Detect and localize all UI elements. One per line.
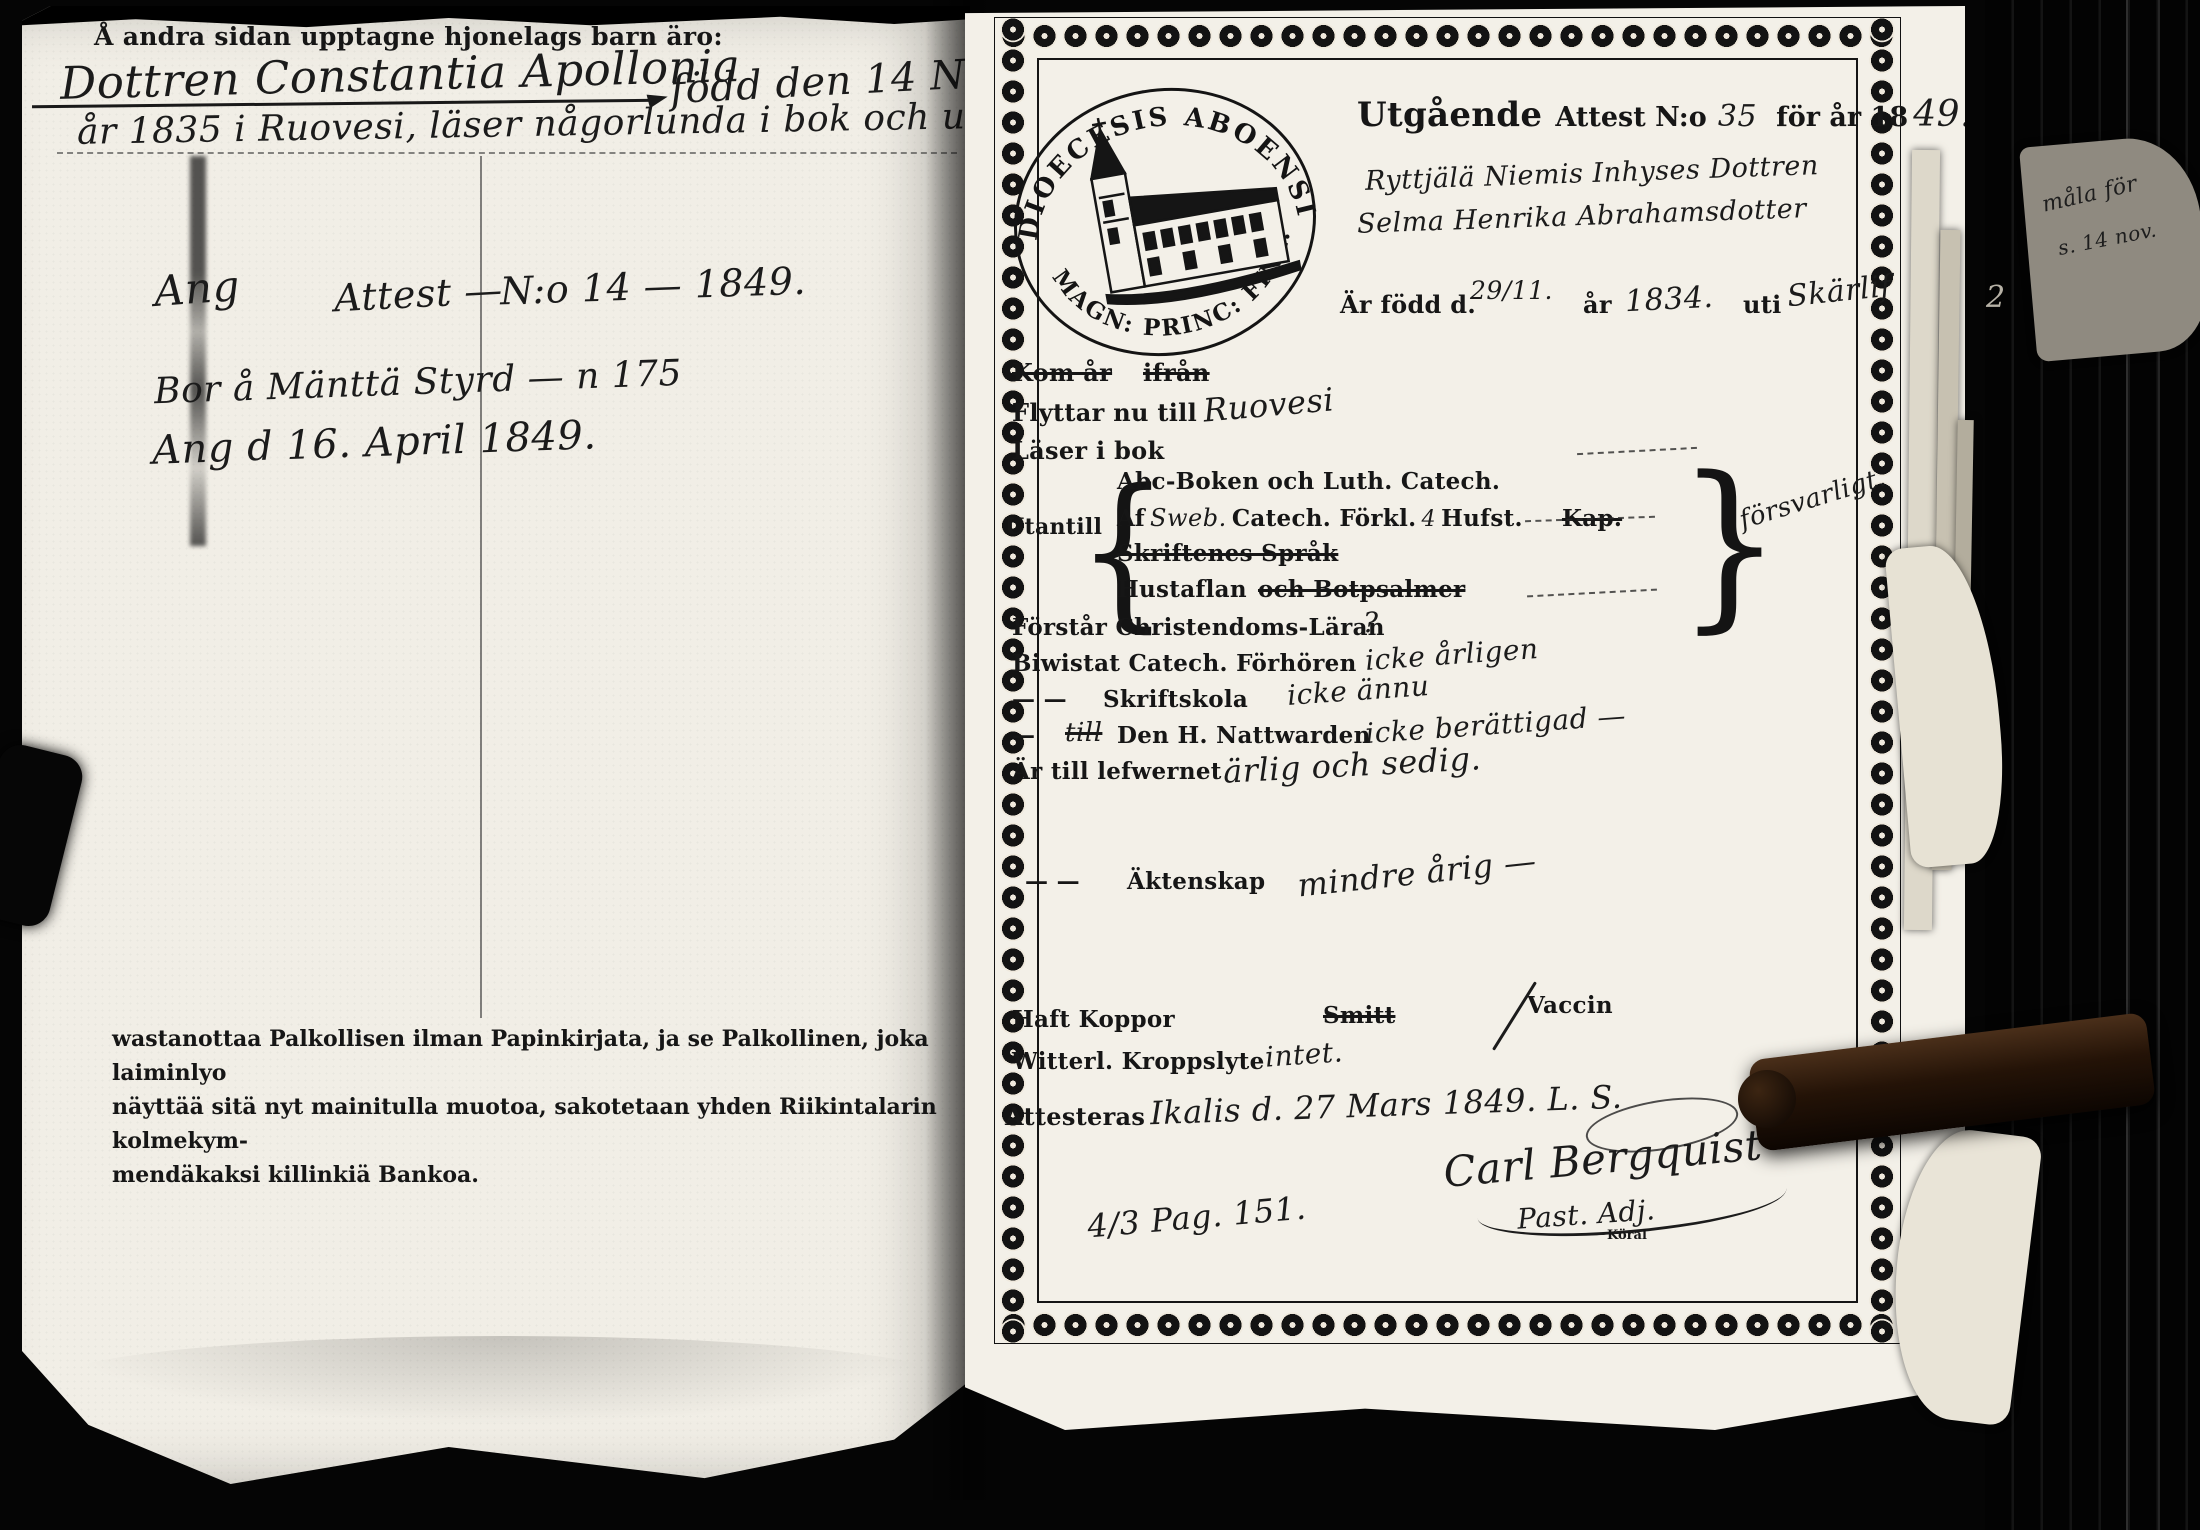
item3-hustaflan: Hustaflan [1117,576,1247,603]
signature-small-print: Köral [1607,1228,1647,1243]
fragment-text-1: måla för [2040,171,2140,217]
wooden-bar-knob [1738,1070,1796,1128]
aktenskap-label: Äktenskap [1127,868,1265,895]
flyttar-label: Flyttar nu till [1012,398,1197,427]
finnish-footer-line: wastanottaa Palkollisen ilman Papinkirja… [112,1022,952,1090]
vaccin-label: Vaccin [1527,992,1613,1019]
christendom-label: Förstår Christendoms-Läran [1012,614,1385,641]
lefwerne-label: Är till lefwernet [1012,758,1222,785]
item1-hw-4: 4 [1422,507,1437,532]
left-page: Å andra sidan upptagne hjonelags barn är… [22,6,970,1484]
hw-attest-note-ang: Ang [152,261,241,316]
aktenskap-dash: — — [1025,868,1080,895]
hw-residence-note: Bor å Mänttä Styrd — n 175 [153,353,682,412]
utantill-item-1: Af Sweb. Catech. Förkl. 4 Hufst. Kap. [1117,504,1622,532]
item1-mid: Catech. Förkl. [1232,505,1417,532]
ifran-label: ifrån [1143,358,1210,387]
title-attest-no: Attest N:o [1555,102,1706,133]
born-year-hw: 1834. [1624,280,1714,320]
ink-smudge [190,156,206,546]
nattward-label: Den H. Nattwarden [1117,722,1371,749]
utantill-right-brace: } [1677,438,1782,649]
title-number-hw: 35 [1718,99,1757,134]
fragment-mark: 2 [1986,280,2006,315]
hw-attest-note-number: N:o 14 — 1849. [499,259,806,314]
attesteras-label: Attesteras [1005,1102,1145,1131]
born-day-hw: 29/11. [1470,276,1553,305]
kroppslyte-hw: intet. [1264,1035,1344,1073]
finnish-footer: wastanottaa Palkollisen ilman Papinkirja… [112,1022,952,1192]
title-year-hw: 49. [1913,94,1972,135]
utantill-item-2: Skriftenes Språk [1117,540,1338,567]
born-year-label: år [1583,290,1612,319]
title-utgaende: Utgående [1357,95,1542,135]
finnish-footer-line: näyttää sitä nyt mainitulla muotoa, sako… [112,1090,952,1158]
nattward-till-struck: till [1065,718,1102,748]
rosette-border-top [995,18,1900,54]
item3-struck: och Botpsalmer [1258,576,1465,603]
rosette-border-bottom [995,1307,1900,1343]
skriftskola-dash: — — [1012,686,1067,713]
right-page: DIOECESIS ABOENSIS. MAGN: PRINC: FINL. [965,6,1965,1430]
handwritten-fragment: måla för s. 14 nov. [2019,133,2200,362]
rosette-border-right [1864,18,1900,1343]
smitt-struck: Smitt [1323,1002,1395,1029]
title-for-ar: för år 18 [1776,102,1908,133]
diocese-seal: DIOECESIS ABOENSIS. MAGN: PRINC: FINL. [976,46,1353,399]
finnish-footer-line: mendäkaksi killinkiä Bankoa. [112,1158,952,1192]
fragment-text-2: s. 14 nov. [2056,217,2159,260]
nattward-dash: — [1012,722,1035,749]
kroppslyte-label: Witterl. Kroppslyte [1012,1048,1265,1075]
faint-rule [57,152,957,154]
utantill-item-0: Abc-Boken och Luth. Catech. [1117,468,1500,495]
koppor-label: Haft Koppor [1012,1006,1175,1033]
christendom-hw: ? [1363,606,1379,639]
born-label: Är född d. [1340,290,1476,319]
item1-hw-sweb: Sweb. [1150,504,1227,532]
scanned-book-spread: Å andra sidan upptagne hjonelags barn är… [0,0,2200,1530]
skriftskola-label: Skriftskola [1103,686,1248,713]
item1-hufst: Hufst. [1441,505,1523,532]
forhoren-label: Biwistat Catech. Förhören [1012,650,1357,677]
hw-attest-note-attest: Attest — [333,268,504,321]
born-uti-label: uti [1743,290,1782,319]
item1-pre: Af [1117,505,1145,532]
hw-date-note: Ang d 16. April 1849. [151,412,597,473]
kom-ar-label: Kom år [1012,358,1112,387]
page-curl-shadow [52,1336,952,1426]
utantill-item-3: Hustaflan och Botpsalmer [1117,576,1465,603]
attest-title-row: Utgående Attest N:o 35 för år 18 49. [1357,94,1972,135]
